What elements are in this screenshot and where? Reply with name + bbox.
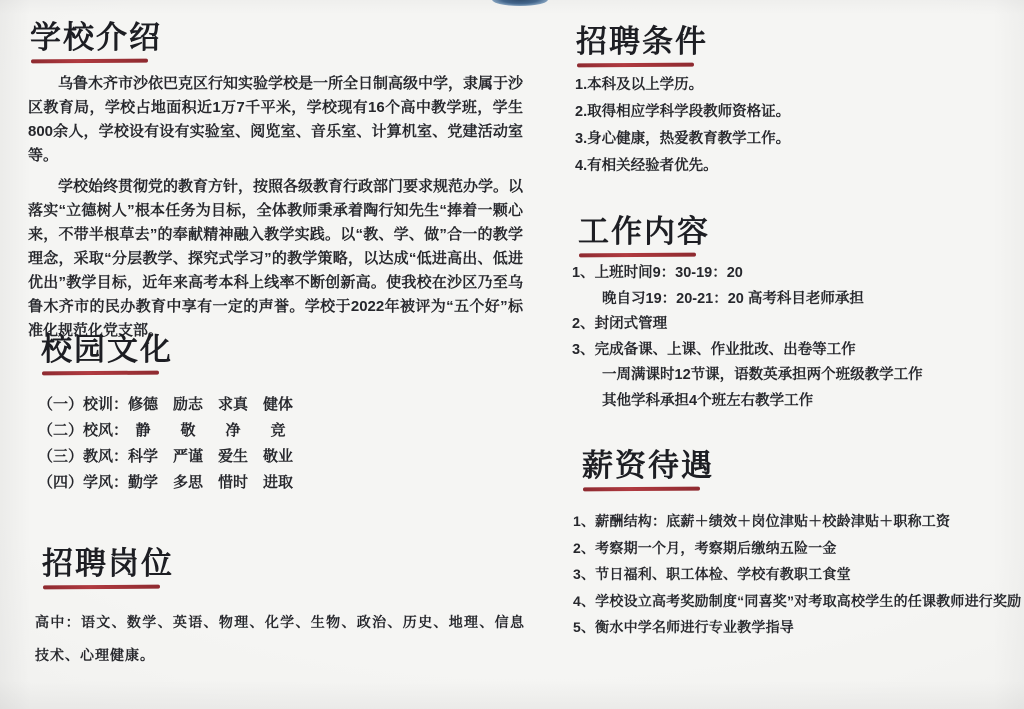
salary-item: 1、薪酬结构：底薪＋绩效＋岗位津贴＋校龄津贴＋职称工资 (573, 508, 1024, 535)
culture-item-motto: （一）校训：修德 励志 求真 健体 (38, 392, 518, 418)
positions-text: 高中：语文、数学、英语、物理、化学、生物、政治、历史、地理、信息技术、心理健康。 (35, 606, 525, 672)
conditions-list: 1.本科及以上学历。 2.取得相应学科学段教师资格证。 3.身心健康，热爱教育教… (575, 72, 1024, 180)
work-item: 3、完成备课、上课、作业批改、出卷等工作 (572, 338, 1024, 364)
section-heading-campus-culture: 校园文化 (41, 324, 173, 369)
work-item-continuation: 晚自习19：20-21：20 高考科目老师承担 (572, 287, 1024, 313)
work-item-continuation: 一周满课时12节课，语数英承担两个班级教学工作 (572, 363, 1024, 389)
salary-item: 3、节日福利、职工体检、学校有教职工食堂 (573, 561, 1024, 588)
heading-text: 招聘条件 (576, 16, 708, 61)
school-intro-paragraphs: 乌鲁木齐市沙依巴克区行知实验学校是一所全日制高级中学，隶属于沙区教育局，学校占地… (28, 72, 523, 343)
culture-item-school-spirit: （二）校风： 静 敬 净 竞 (38, 418, 518, 444)
heading-text: 薪资待遇 (582, 440, 714, 485)
heading-text: 工作内容 (578, 206, 710, 251)
salary-item: 4、学校设立高考奖励制度“同喜奖”对考取高校学生的任课教师进行奖励 (573, 588, 1024, 615)
blue-object-edge (492, 0, 548, 6)
work-item-continuation: 其他学科承担4个班左右教学工作 (572, 389, 1024, 415)
positions-body: 高中：语文、数学、英语、物理、化学、生物、政治、历史、地理、信息技术、心理健康。 (35, 606, 525, 672)
culture-item-teaching-spirit: （三）教风：科学 严谨 爱生 敬业 (38, 444, 518, 470)
work-content-list: 1、上班时间9：30-19：20 晚自习19：20-21：20 高考科目老师承担… (572, 261, 1024, 414)
salary-item: 5、衡水中学名师进行专业教学指导 (573, 614, 1024, 641)
heading-text: 学校介绍 (30, 12, 162, 57)
condition-item: 4.有相关经验者优先。 (575, 153, 1024, 180)
condition-item: 1.本科及以上学历。 (575, 72, 1024, 99)
salary-benefits-list: 1、薪酬结构：底薪＋绩效＋岗位津贴＋校龄津贴＋职称工资 2、考察期一个月，考察期… (573, 508, 1024, 641)
heading-text: 招聘岗位 (42, 538, 174, 583)
salary-item: 2、考察期一个月，考察期后缴纳五险一金 (573, 535, 1024, 562)
culture-item-study-spirit: （四）学风：勤学 多思 惜时 进取 (38, 470, 518, 496)
section-heading-work-content: 工作内容 (578, 206, 710, 251)
intro-paragraph-1: 乌鲁木齐市沙依巴克区行知实验学校是一所全日制高级中学，隶属于沙区教育局，学校占地… (28, 72, 523, 168)
condition-item: 3.身心健康，热爱教育教学工作。 (575, 126, 1024, 153)
scanned-recruitment-document: 学校介绍 乌鲁木齐市沙依巴克区行知实验学校是一所全日制高级中学，隶属于沙区教育局… (0, 0, 1024, 709)
work-item: 1、上班时间9：30-19：20 (572, 261, 1024, 287)
section-heading-conditions: 招聘条件 (576, 16, 708, 61)
section-heading-school-intro: 学校介绍 (30, 12, 162, 57)
section-heading-positions: 招聘岗位 (42, 538, 174, 583)
condition-item: 2.取得相应学科学段教师资格证。 (575, 99, 1024, 126)
work-item: 2、封闭式管理 (572, 312, 1024, 338)
intro-paragraph-2: 学校始终贯彻党的教育方针，按照各级教育行政部门要求规范办学。以落实“立德树人”根… (28, 175, 523, 343)
campus-culture-list: （一）校训：修德 励志 求真 健体 （二）校风： 静 敬 净 竞 （三）教风：科… (38, 392, 518, 496)
section-heading-salary: 薪资待遇 (582, 440, 714, 485)
heading-text: 校园文化 (41, 324, 173, 369)
